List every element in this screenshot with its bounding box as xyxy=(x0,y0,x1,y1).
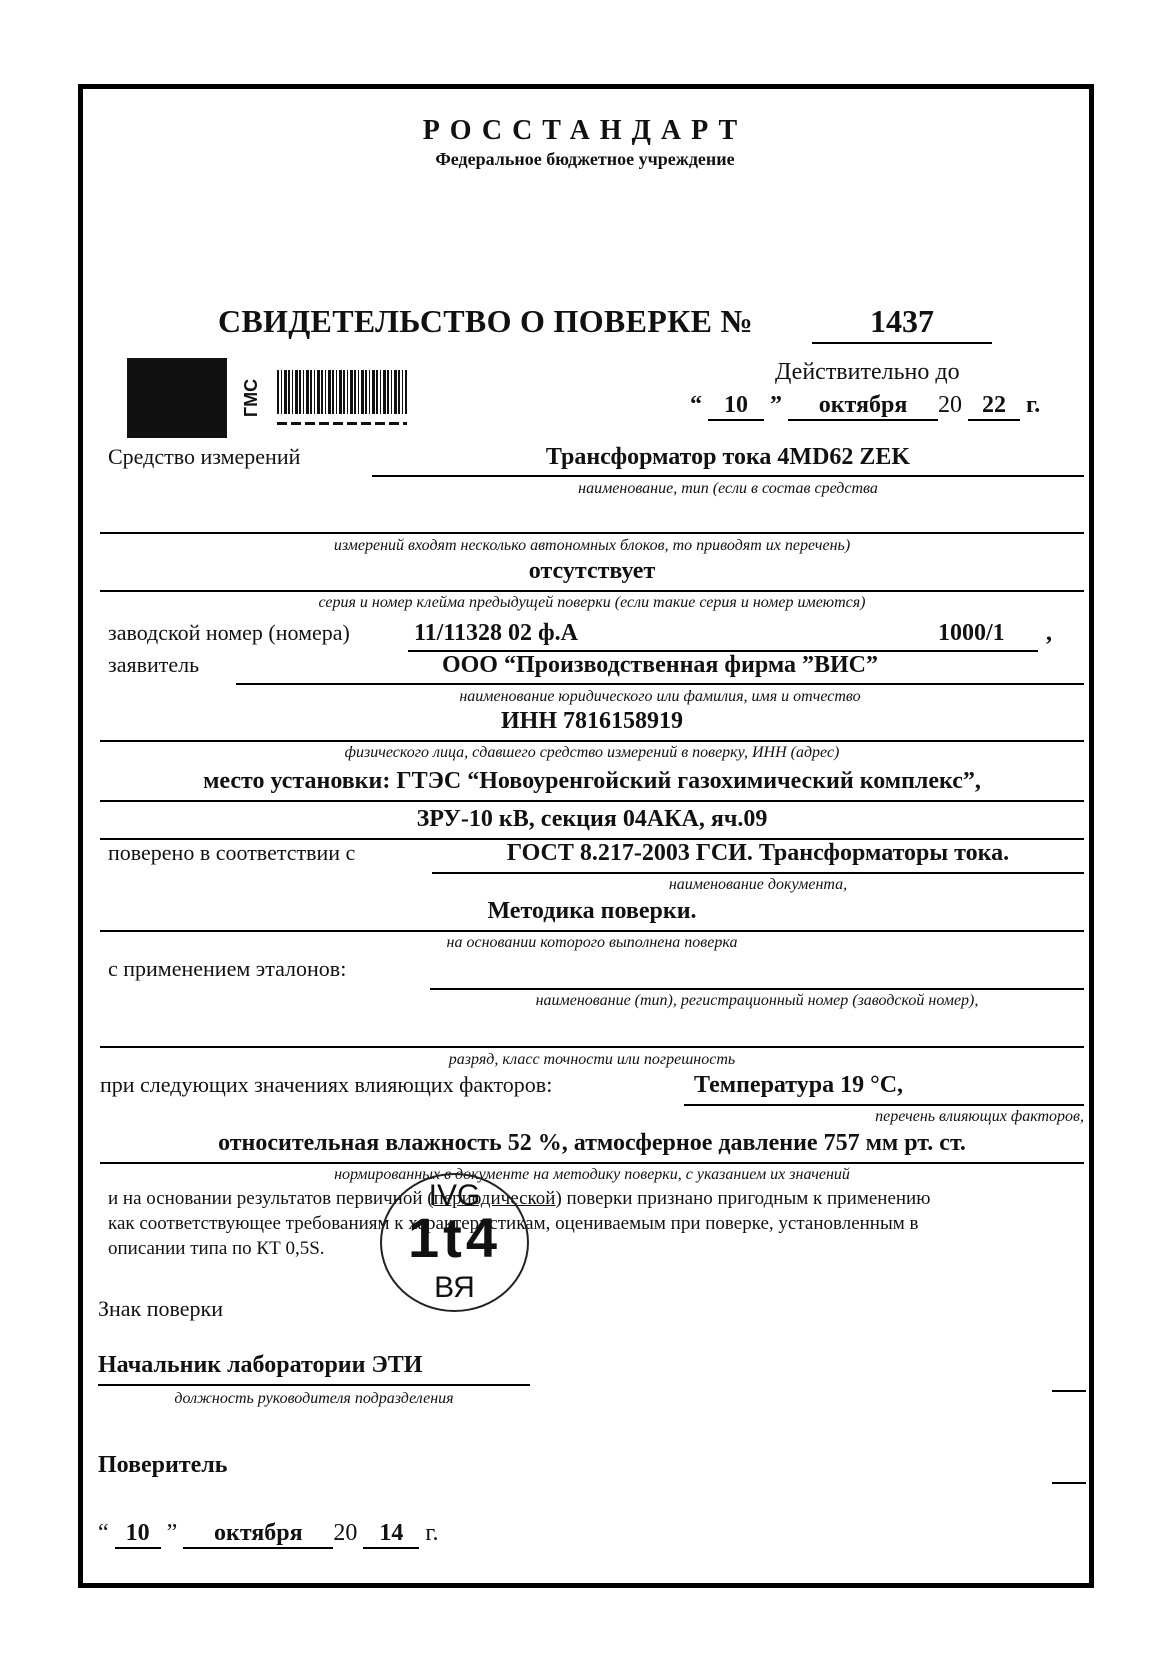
factors-humidity-pressure: относительная влажность 52 %, атмосферно… xyxy=(100,1130,1084,1157)
conclusion-line-3: описании типа по КТ 0,5S. xyxy=(108,1236,1088,1261)
instrument-line-2 xyxy=(100,532,1084,534)
valid-until-date: “ 10 ” октября20 22 г. xyxy=(690,392,1040,421)
location-line-2: ЗРУ-10 кВ, секция 04АКА, яч.09 xyxy=(100,806,1084,833)
verifier-signature-line xyxy=(1052,1482,1086,1484)
issue-month: октября xyxy=(183,1520,333,1549)
serial-label: заводской номер (номера) xyxy=(108,620,350,646)
issue-day: 10 xyxy=(115,1520,161,1549)
issue-date: “ 10 ” октября20 14 г. xyxy=(98,1520,438,1549)
method-hint: на основании которого выполнена поверка xyxy=(100,934,1084,952)
applicant-hint-2: физического лица, сдавшего средство изме… xyxy=(100,744,1084,762)
verifier-label: Поверитель xyxy=(98,1452,227,1479)
instrument-line xyxy=(372,475,1084,477)
applicant-line xyxy=(236,683,1084,685)
prev-mark-hint: серия и номер клейма предыдущей поверки … xyxy=(100,594,1084,612)
standards-label: с применением эталонов: xyxy=(108,956,346,982)
verified-line xyxy=(432,872,1084,874)
head-hint: должность руководителя подразделения xyxy=(98,1390,530,1408)
valid-century: 20 xyxy=(938,392,962,418)
method-line xyxy=(100,930,1084,932)
serial-ratio: 1000/1 xyxy=(938,620,1005,647)
factors-hint: перечень влияющих факторов, xyxy=(684,1108,1084,1126)
instrument-hint-2: измерений входят несколько автономных бл… xyxy=(100,537,1084,555)
stamp-mid: 1t4 xyxy=(382,1205,527,1270)
location-rule-1 xyxy=(100,800,1084,802)
certificate-title: СВИДЕТЕЛЬСТВО О ПОВЕРКЕ № xyxy=(218,303,753,340)
conclusion-line-2: как соответствующее требованиям к характ… xyxy=(108,1211,1088,1236)
method-value: Методика поверки. xyxy=(100,898,1084,925)
valid-month: октября xyxy=(788,392,938,421)
factors-line-2 xyxy=(100,1162,1084,1164)
stamp-bottom: ВЯ xyxy=(382,1271,527,1305)
issue-suffix: г. xyxy=(425,1520,438,1546)
issue-century: 20 xyxy=(333,1520,357,1546)
instrument-label: Средство измерений xyxy=(108,444,300,470)
valid-until-label: Действительно до xyxy=(775,359,960,386)
verification-stamp-icon: IVG 1t4 ВЯ xyxy=(380,1173,529,1312)
instrument-hint: наименование, тип (если в состав средств… xyxy=(372,480,1084,498)
head-signature-line xyxy=(1052,1390,1086,1392)
standards-hint: наименование (тип), регистрационный номе… xyxy=(430,992,1084,1010)
verified-label: поверено в соответствии с xyxy=(108,840,355,866)
issue-year: 14 xyxy=(363,1520,419,1549)
factors-temperature: Температура 19 °С, xyxy=(694,1072,903,1099)
valid-day: 10 xyxy=(708,392,764,421)
applicant-inn: ИНН 7816158919 xyxy=(100,708,1084,735)
prev-mark-line xyxy=(100,590,1084,592)
conclusion-line-1: и на основании результатов первичной (пе… xyxy=(108,1186,1088,1211)
standards-hint-2: разряд, класс точности или погрешность xyxy=(100,1051,1084,1069)
barcode-label: ГМС xyxy=(231,378,271,418)
barcode-icon xyxy=(277,370,407,414)
factors-label: при следующих значениях влияющих факторо… xyxy=(100,1072,552,1098)
prev-mark-value: отсутствует xyxy=(100,558,1084,585)
institution-type: Федеральное бюджетное учреждение xyxy=(0,149,1170,170)
hologram-block xyxy=(127,358,227,438)
head-title-line xyxy=(98,1384,530,1386)
barcode-sticker: ГМС xyxy=(127,358,527,438)
quote-close: ” xyxy=(770,392,782,418)
instrument-value: Трансформатор тока 4MD62 ZEK xyxy=(372,444,1084,471)
agency-name: РОССТАНДАРТ xyxy=(0,115,1170,147)
verified-hint: наименование документа, xyxy=(432,876,1084,894)
location-line-1: место установки: ГТЭС “Новоуренгойский г… xyxy=(100,768,1084,795)
factors-hint-2: нормированных в документе на методику по… xyxy=(100,1166,1084,1184)
verified-document: ГОСТ 8.217-2003 ГСИ. Трансформаторы тока… xyxy=(432,840,1084,867)
factors-line xyxy=(684,1104,1084,1106)
serial-comma: , xyxy=(1046,620,1052,647)
inn-line xyxy=(100,740,1084,742)
applicant-value: ООО “Производственная фирма ”ВИС” xyxy=(236,652,1084,679)
applicant-hint: наименование юридического или фамилия, и… xyxy=(236,688,1084,706)
issue-quote-open: “ xyxy=(98,1520,109,1546)
quote-open: “ xyxy=(690,392,702,418)
valid-year: 22 xyxy=(968,392,1020,421)
standards-line xyxy=(430,988,1084,990)
conclusion-text: и на основании результатов первичной (пе… xyxy=(108,1186,1088,1261)
serial-value: 11/11328 02 ф.А xyxy=(414,620,578,647)
applicant-label: заявитель xyxy=(108,652,199,678)
certificate-number: 1437 xyxy=(812,303,992,344)
verification-mark-label: Знак поверки xyxy=(98,1296,223,1322)
head-title: Начальник лаборатории ЭТИ xyxy=(98,1352,422,1379)
valid-suffix: г. xyxy=(1026,392,1040,418)
barcode-digits xyxy=(277,422,407,425)
standards-line-2 xyxy=(100,1046,1084,1048)
issue-quote-close: ” xyxy=(167,1520,178,1546)
